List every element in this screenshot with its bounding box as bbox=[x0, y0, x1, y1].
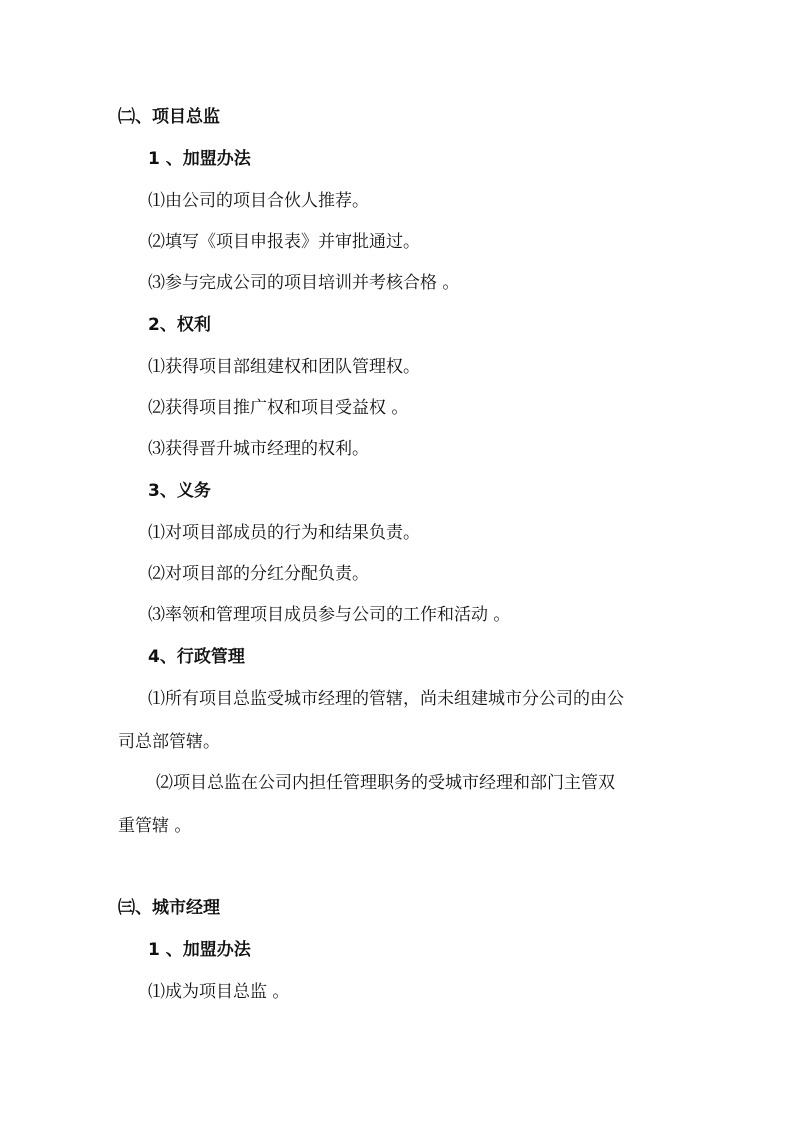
list-item: ⑶率领和管理项目成员参与公司的工作和活动 。 bbox=[148, 604, 510, 626]
list-item: ⑶获得晋升城市经理的权利。 bbox=[148, 438, 369, 460]
list-item: ⑵填写《项目申报表》并审批通过。 bbox=[148, 231, 420, 253]
section-heading: ㈢、城市经理 bbox=[118, 897, 220, 919]
list-item: ⑴成为项目总监 。 bbox=[148, 981, 289, 1003]
list-item: ⑶参与完成公司的项目培训并考核合格 。 bbox=[148, 272, 459, 294]
subsection-heading: 1 、加盟办法 bbox=[148, 939, 251, 961]
paragraph-line: ⑵项目总监在公司内担任管理职务的受城市经理和部门主管双 bbox=[156, 772, 615, 794]
section-heading: ㈡、项目总监 bbox=[118, 106, 220, 128]
subsection-heading: 4、行政管理 bbox=[148, 646, 245, 668]
paragraph-continuation: 司总部管辖。 bbox=[118, 731, 220, 753]
subsection-heading: 3、义务 bbox=[148, 480, 211, 502]
list-item: ⑴对项目部成员的行为和结果负责。 bbox=[148, 522, 420, 544]
list-item: ⑵获得项目推广权和项目受益权 。 bbox=[148, 397, 408, 419]
subsection-heading: 1 、加盟办法 bbox=[148, 148, 251, 170]
list-item: ⑴获得项目部组建权和团队管理权。 bbox=[148, 356, 420, 378]
subsection-heading: 2、权利 bbox=[148, 314, 211, 336]
list-item: ⑵对项目部的分红分配负责。 bbox=[148, 563, 369, 585]
paragraph-line: ⑴所有项目总监受城市经理的管辖，尚未组建城市分公司的由公 bbox=[148, 688, 624, 710]
paragraph-continuation: 重管辖 。 bbox=[118, 815, 191, 837]
list-item: ⑴由公司的项目合伙人推荐。 bbox=[148, 190, 369, 212]
